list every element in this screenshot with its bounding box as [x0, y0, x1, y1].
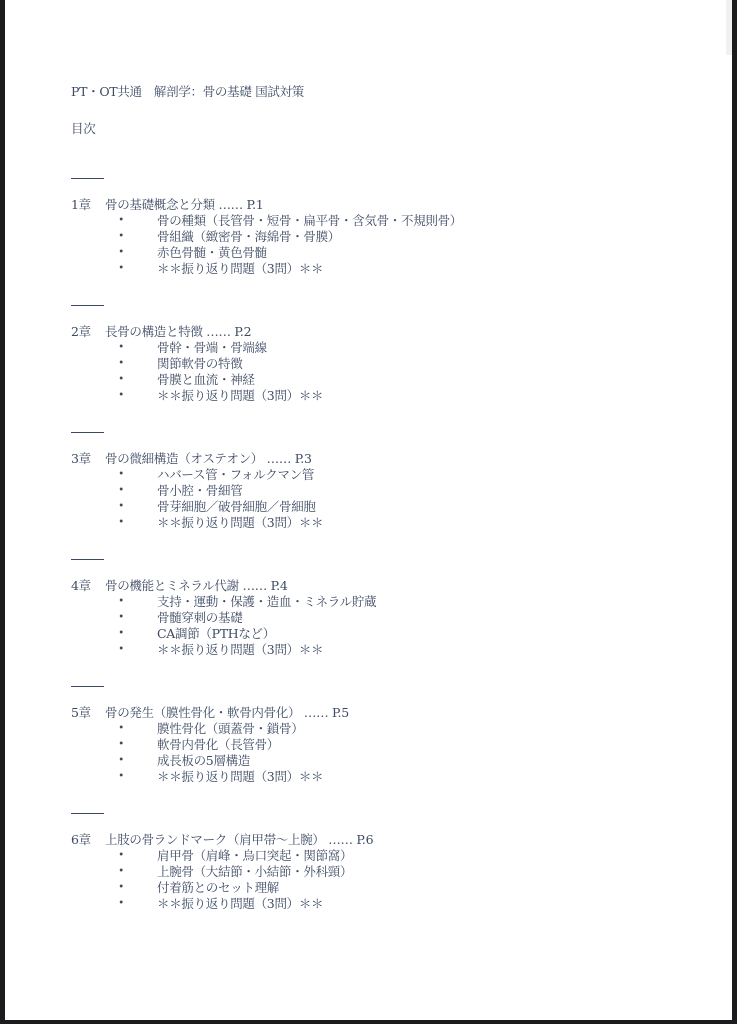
separator-line	[71, 686, 104, 687]
chapter-number: 2章	[71, 324, 105, 340]
chapter-3: 3章 骨の微細構造（オステオン） …… P.3 •ハバース管・フォルクマン管 •…	[71, 432, 691, 531]
bullet-icon: •	[118, 261, 124, 277]
bullet-icon: •	[118, 848, 124, 864]
bullet-icon: •	[118, 388, 124, 404]
chapter-title: 上肢の骨ランドマーク（肩甲帯〜上腕） …… P.6	[105, 832, 373, 848]
chapter-heading[interactable]: 4章 骨の機能とミネラル代謝 …… P.4	[71, 578, 691, 594]
item-text: ＊＊振り返り問題（3問）＊＊	[157, 388, 323, 404]
chapter-number: 1章	[71, 197, 105, 213]
chapter-heading[interactable]: 5章 骨の発生（膜性骨化・軟骨内骨化） …… P.5	[71, 705, 691, 721]
bullet-icon: •	[118, 245, 124, 261]
chapter-5: 5章 骨の発生（膜性骨化・軟骨内骨化） …… P.5 •膜性骨化（頭蓋骨・鎖骨）…	[71, 686, 691, 785]
item-text: 骨小腔・骨細管	[157, 483, 242, 499]
item-text: 軟骨内骨化（長管骨）	[157, 737, 279, 753]
bullet-icon: •	[118, 642, 124, 658]
chapter-items: •ハバース管・フォルクマン管 •骨小腔・骨細管 •骨芽細胞／破骨細胞／骨細胞 •…	[71, 467, 691, 531]
chapter-items: •骨幹・骨端・骨端線 •関節軟骨の特徴 •骨膜と血流・神経 •＊＊振り返り問題（…	[71, 340, 691, 404]
chapter-heading[interactable]: 2章 長骨の構造と特徴 …… P.2	[71, 324, 691, 340]
list-item: •ハバース管・フォルクマン管	[71, 467, 691, 483]
bullet-icon: •	[118, 864, 124, 880]
bullet-icon: •	[118, 896, 124, 912]
item-text: 支持・運動・保護・造血・ミネラル貯蔵	[157, 594, 376, 610]
list-item: •骨小腔・骨細管	[71, 483, 691, 499]
list-item: •骨芽細胞／破骨細胞／骨細胞	[71, 499, 691, 515]
page-edge-strip	[726, 0, 732, 55]
item-text: 付着筋とのセット理解	[157, 880, 279, 896]
chapter-title: 骨の微細構造（オステオン） …… P.3	[105, 451, 312, 467]
chapter-items: •支持・運動・保護・造血・ミネラル貯蔵 •骨髄穿刺の基礎 •CA調節（PTHなど…	[71, 594, 691, 658]
bullet-icon: •	[118, 753, 124, 769]
chapter-heading[interactable]: 1章 骨の基礎概念と分類 …… P.1	[71, 197, 691, 213]
item-text: 膜性骨化（頭蓋骨・鎖骨）	[157, 721, 303, 737]
item-text: 骨幹・骨端・骨端線	[157, 340, 267, 356]
bullet-icon: •	[118, 880, 124, 896]
item-text: 骨膜と血流・神経	[157, 372, 255, 388]
chapter-heading[interactable]: 3章 骨の微細構造（オステオン） …… P.3	[71, 451, 691, 467]
bullet-icon: •	[118, 213, 124, 229]
bullet-icon: •	[118, 467, 124, 483]
list-item: •上腕骨（大結節・小結節・外科頸）	[71, 864, 691, 880]
item-text: 骨髄穿刺の基礎	[157, 610, 242, 626]
item-text: 骨芽細胞／破骨細胞／骨細胞	[157, 499, 316, 515]
item-text: 上腕骨（大結節・小結節・外科頸）	[157, 864, 352, 880]
bullet-icon: •	[118, 626, 124, 642]
list-item: •軟骨内骨化（長管骨）	[71, 737, 691, 753]
bullet-icon: •	[118, 340, 124, 356]
chapter-items: •膜性骨化（頭蓋骨・鎖骨） •軟骨内骨化（長管骨） •成長板の5層構造 •＊＊振…	[71, 721, 691, 785]
chapter-number: 5章	[71, 705, 105, 721]
chapter-title: 骨の機能とミネラル代謝 …… P.4	[105, 578, 287, 594]
list-item: •赤色骨髄・黄色骨髄	[71, 245, 691, 261]
item-text: ＊＊振り返り問題（3問）＊＊	[157, 261, 323, 277]
bullet-icon: •	[118, 594, 124, 610]
list-item: •膜性骨化（頭蓋骨・鎖骨）	[71, 721, 691, 737]
list-item: •骨幹・骨端・骨端線	[71, 340, 691, 356]
item-text: ＊＊振り返り問題（3問）＊＊	[157, 642, 323, 658]
bullet-icon: •	[118, 769, 124, 785]
item-text: ハバース管・フォルクマン管	[157, 467, 314, 483]
chapter-6: 6章 上肢の骨ランドマーク（肩甲帯〜上腕） …… P.6 •肩甲骨（肩峰・烏口突…	[71, 813, 691, 912]
list-item: •肩甲骨（肩峰・烏口突起・関節窩）	[71, 848, 691, 864]
chapter-4: 4章 骨の機能とミネラル代謝 …… P.4 •支持・運動・保護・造血・ミネラル貯…	[71, 559, 691, 658]
document-title: PT・OT共通 解剖学：骨の基礎 国試対策	[71, 84, 304, 100]
item-text: 骨組織（緻密骨・海綿骨・骨膜）	[157, 229, 340, 245]
separator-line	[71, 813, 104, 814]
bullet-icon: •	[118, 610, 124, 626]
separator-line	[71, 305, 104, 306]
bullet-icon: •	[118, 483, 124, 499]
toc-heading: 目次	[71, 121, 95, 137]
chapter-2: 2章 長骨の構造と特徴 …… P.2 •骨幹・骨端・骨端線 •関節軟骨の特徴 •…	[71, 305, 691, 404]
item-text: ＊＊振り返り問題（3問）＊＊	[157, 515, 323, 531]
list-item: •＊＊振り返り問題（3問）＊＊	[71, 642, 691, 658]
bullet-icon: •	[118, 499, 124, 515]
list-item: •＊＊振り返り問題（3問）＊＊	[71, 515, 691, 531]
bullet-icon: •	[118, 515, 124, 531]
item-text: 成長板の5層構造	[157, 753, 250, 769]
item-text: 骨の種類（長管骨・短骨・扁平骨・含気骨・不規則骨）	[157, 213, 462, 229]
item-text: 関節軟骨の特徴	[157, 356, 242, 372]
item-text: CA調節（PTHなど）	[157, 626, 275, 642]
list-item: •成長板の5層構造	[71, 753, 691, 769]
list-item: •骨髄穿刺の基礎	[71, 610, 691, 626]
list-item: •＊＊振り返り問題（3問）＊＊	[71, 896, 691, 912]
chapter-1: 1章 骨の基礎概念と分類 …… P.1 •骨の種類（長管骨・短骨・扁平骨・含気骨…	[71, 178, 691, 277]
chapter-heading[interactable]: 6章 上肢の骨ランドマーク（肩甲帯〜上腕） …… P.6	[71, 832, 691, 848]
list-item: •関節軟骨の特徴	[71, 356, 691, 372]
list-item: •＊＊振り返り問題（3問）＊＊	[71, 388, 691, 404]
item-text: ＊＊振り返り問題（3問）＊＊	[157, 896, 323, 912]
bullet-icon: •	[118, 721, 124, 737]
list-item: •骨組織（緻密骨・海綿骨・骨膜）	[71, 229, 691, 245]
list-item: •支持・運動・保護・造血・ミネラル貯蔵	[71, 594, 691, 610]
chapter-number: 3章	[71, 451, 105, 467]
chapter-items: •肩甲骨（肩峰・烏口突起・関節窩） •上腕骨（大結節・小結節・外科頸） •付着筋…	[71, 848, 691, 912]
bullet-icon: •	[118, 372, 124, 388]
item-text: 赤色骨髄・黄色骨髄	[157, 245, 267, 261]
chapter-number: 6章	[71, 832, 105, 848]
list-item: •骨膜と血流・神経	[71, 372, 691, 388]
list-item: •骨の種類（長管骨・短骨・扁平骨・含気骨・不規則骨）	[71, 213, 691, 229]
chapter-items: •骨の種類（長管骨・短骨・扁平骨・含気骨・不規則骨） •骨組織（緻密骨・海綿骨・…	[71, 213, 691, 277]
list-item: •付着筋とのセット理解	[71, 880, 691, 896]
separator-line	[71, 432, 104, 433]
separator-line	[71, 559, 104, 560]
chapter-title: 骨の基礎概念と分類 …… P.1	[105, 197, 263, 213]
list-item: •＊＊振り返り問題（3問）＊＊	[71, 769, 691, 785]
chapter-title: 長骨の構造と特徴 …… P.2	[105, 324, 251, 340]
bullet-icon: •	[118, 356, 124, 372]
list-item: •＊＊振り返り問題（3問）＊＊	[71, 261, 691, 277]
list-item: •CA調節（PTHなど）	[71, 626, 691, 642]
item-text: ＊＊振り返り問題（3問）＊＊	[157, 769, 323, 785]
separator-line	[71, 178, 104, 179]
document-page: PT・OT共通 解剖学：骨の基礎 国試対策 目次 1章 骨の基礎概念と分類 ………	[5, 0, 732, 1020]
chapter-title: 骨の発生（膜性骨化・軟骨内骨化） …… P.5	[105, 705, 349, 721]
item-text: 肩甲骨（肩峰・烏口突起・関節窩）	[157, 848, 352, 864]
bullet-icon: •	[118, 737, 124, 753]
bullet-icon: •	[118, 229, 124, 245]
chapter-number: 4章	[71, 578, 105, 594]
